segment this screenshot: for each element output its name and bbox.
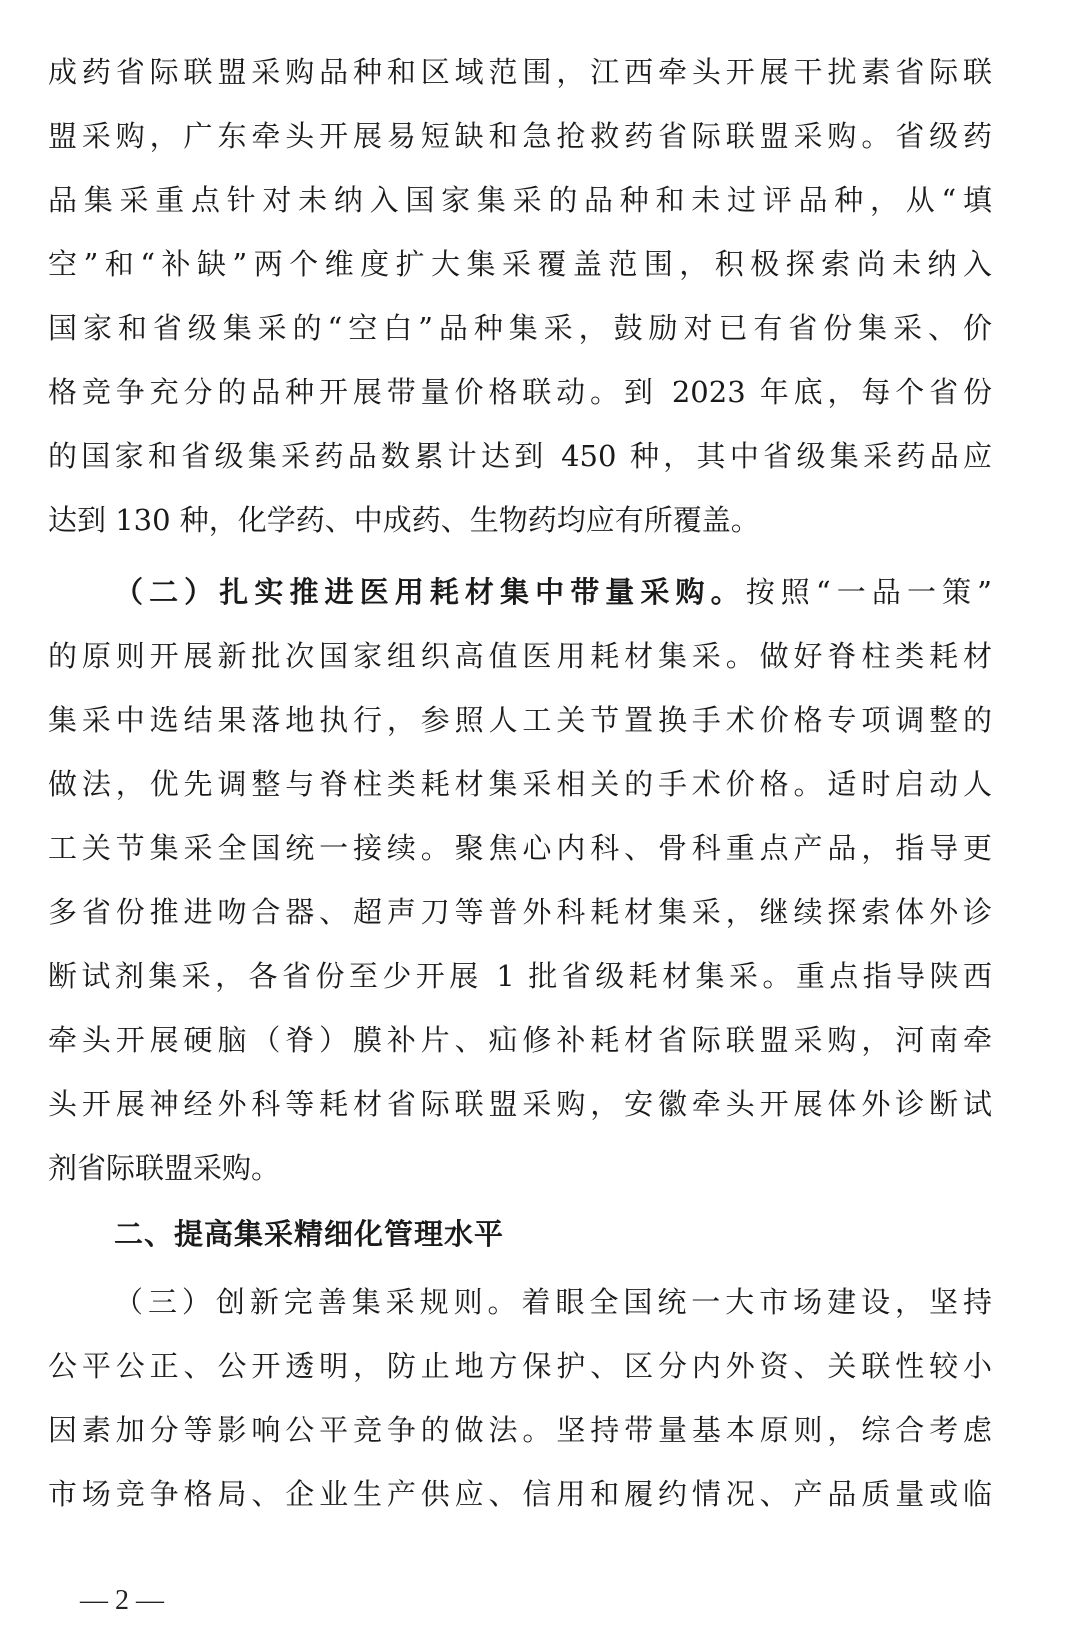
section-heading: 二、提高集采精细化管理水平 (114, 1202, 992, 1266)
page-number: — 2 — (80, 1585, 164, 1617)
text-line: 工关节集采全国统一接续。聚焦心内科、骨科重点产品，指导更 (48, 816, 992, 880)
text-line: 格竞争充分的品种开展带量价格联动。到 2023 年底，每个省份 (48, 360, 992, 424)
text-line: 达到 130 种，化学药、中成药、生物药均应有所覆盖。 (48, 488, 992, 552)
section-2-first-line: （二）扎实推进医用耗材集中带量采购。按照“一品一策” (114, 560, 992, 624)
text-line: 市场竞争格局、企业生产供应、信用和履约情况、产品质量或临 (48, 1462, 992, 1526)
text-line: 牵头开展硬脑（脊）膜补片、疝修补耗材省际联盟采购，河南牵 (48, 1008, 992, 1072)
text-line: 集采中选结果落地执行，参照人工关节置换手术价格专项调整的 (48, 688, 992, 752)
text-line: 因素加分等影响公平竞争的做法。坚持带量基本原则，综合考虑 (48, 1398, 992, 1462)
text-line: 做法，优先调整与脊柱类耗材集采相关的手术价格。适时启动人 (48, 752, 992, 816)
text-line: 空”和“补缺”两个维度扩大集采覆盖范围，积极探索尚未纳入 (48, 232, 992, 296)
text-line: 多省份推进吻合器、超声刀等普外科耗材集采，继续探索体外诊 (48, 880, 992, 944)
section-3-first-line: （三）创新完善集采规则。着眼全国统一大市场建设，坚持 (114, 1270, 992, 1334)
text-line: 公平公正、公开透明，防止地方保护、区分内外资、关联性较小 (48, 1334, 992, 1398)
text-line: 断试剂集采，各省份至少开展 1 批省级耗材集采。重点指导陕西 (48, 944, 992, 1008)
text-line: 成药省际联盟采购品种和区域范围，江西牵头开展干扰素省际联 (48, 40, 992, 104)
text-line: 的原则开展新批次国家组织高值医用耗材集采。做好脊柱类耗材 (48, 624, 992, 688)
text-line: 的国家和省级集采药品数累计达到 450 种，其中省级集采药品应 (48, 424, 992, 488)
text-line: 国家和省级集采的“空白”品种集采，鼓励对已有省份集采、价 (48, 296, 992, 360)
text-line: 品集采重点针对未纳入国家集采的品种和未过评品种，从“填 (48, 168, 992, 232)
section-3-lead: （三）创新完善集采规则。 (114, 1285, 522, 1319)
text-line: 头开展神经外科等耗材省际联盟采购，安徽牵头开展体外诊断试 (48, 1072, 992, 1136)
section-2-first-rest: 按照“一品一策” (746, 575, 992, 609)
section-3-first-rest: 着眼全国统一大市场建设，坚持 (522, 1285, 992, 1319)
text-line: 剂省际联盟采购。 (48, 1136, 992, 1200)
text-line: 盟采购，广东牵头开展易短缺和急抢救药省际联盟采购。省级药 (48, 104, 992, 168)
section-2-lead: （二）扎实推进医用耗材集中带量采购。 (114, 575, 746, 609)
